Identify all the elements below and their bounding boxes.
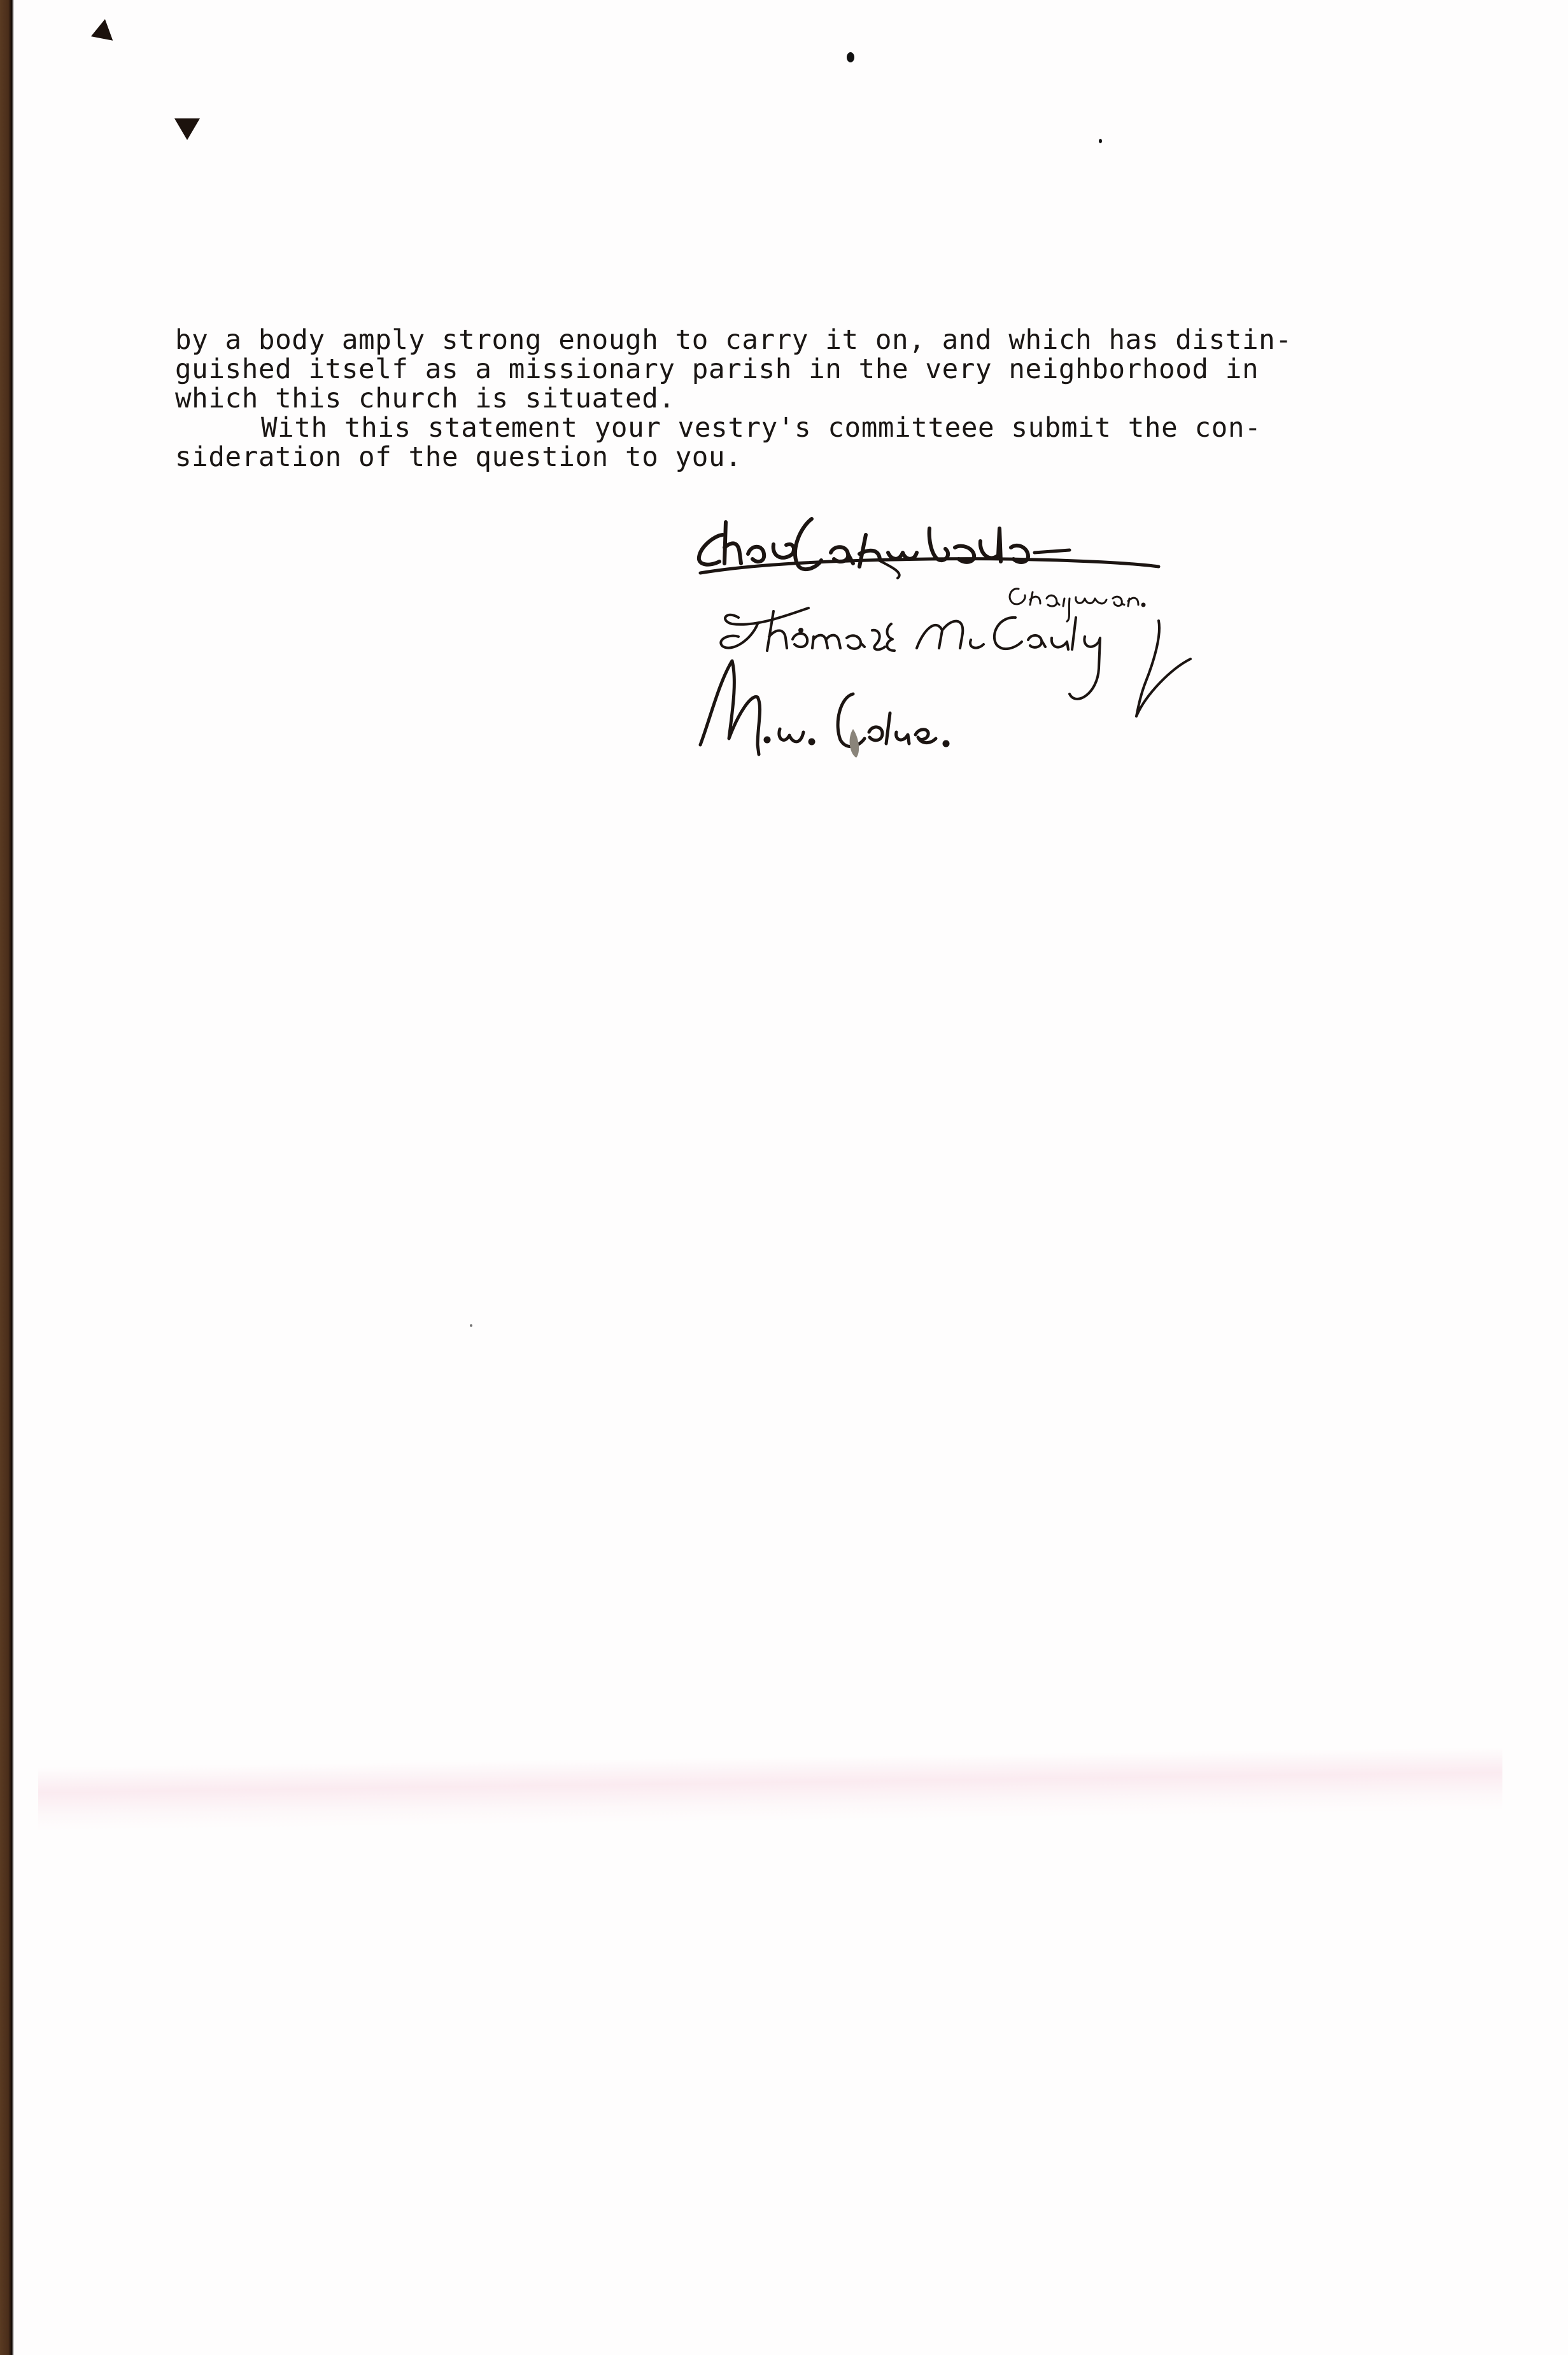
signatures-drawing <box>662 503 1350 770</box>
punch-hole-mark <box>87 19 113 47</box>
body-line: by a body amply strong enough to carry i… <box>175 326 1397 355</box>
scan-left-edge <box>0 0 14 2355</box>
faded-stain <box>38 1747 1502 1831</box>
ink-speck <box>470 1324 472 1327</box>
signature-1 <box>699 519 1159 578</box>
letter-body: by a body amply strong enough to carry i… <box>175 326 1397 472</box>
body-line: With this statement your vestry's commit… <box>175 414 1397 443</box>
body-line: which this church is situated. <box>175 385 1397 414</box>
ink-speck <box>847 52 854 62</box>
punch-hole-mark <box>174 118 200 140</box>
chairman-annotation <box>1010 589 1145 621</box>
signature-2 <box>721 608 1100 699</box>
body-line: guished itself as a missionary parish in… <box>175 355 1397 385</box>
signature-3 <box>700 661 948 758</box>
signature-block: Chas. H. Cadwalader Thomas E. McCauly M.… <box>662 503 1350 770</box>
ink-speck <box>1099 139 1102 143</box>
signature-flourish <box>1136 621 1190 716</box>
body-line: sideration of the question to you. <box>175 443 1397 472</box>
